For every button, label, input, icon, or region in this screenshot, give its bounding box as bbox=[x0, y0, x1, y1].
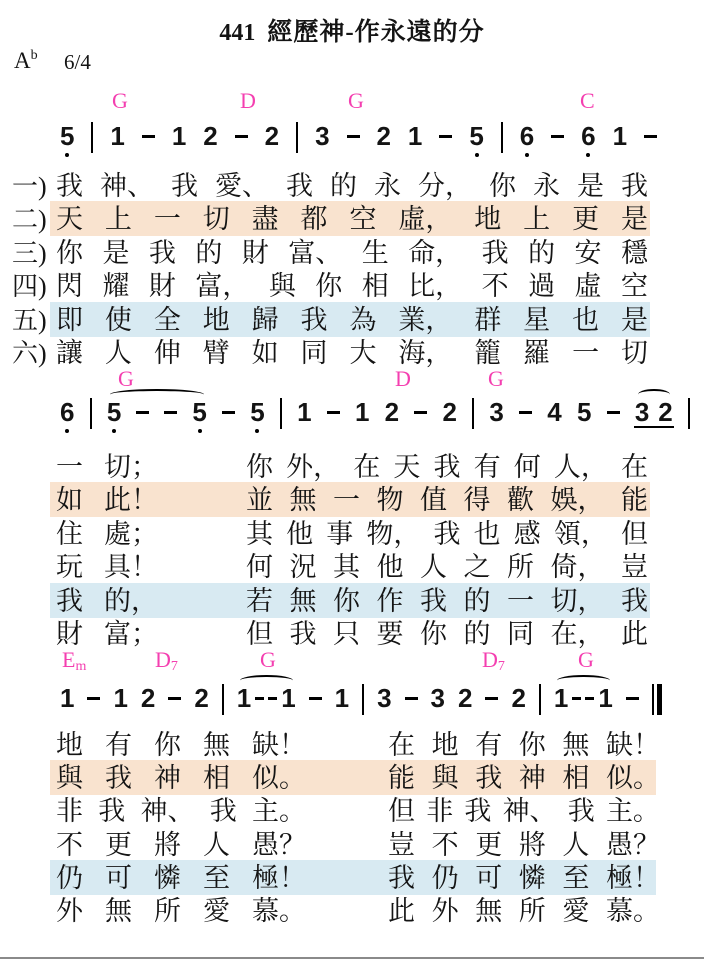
note-group: 11 bbox=[237, 684, 296, 721]
lyric-cell: 主。 bbox=[606, 795, 660, 828]
lyric-cell: 何 bbox=[246, 551, 273, 584]
lyric-cell: 神、 bbox=[503, 795, 557, 828]
lyric-cell: 也 bbox=[572, 304, 599, 337]
note-digit: 2 bbox=[385, 398, 399, 426]
lyric-group: 其他事物，我也感領，但 bbox=[246, 518, 648, 551]
barline bbox=[280, 398, 282, 429]
lyric-cell: 但 bbox=[621, 518, 648, 551]
eighth-underline bbox=[634, 426, 674, 428]
lyric-cell: 伸 bbox=[154, 337, 181, 370]
lyric-cell: 你 bbox=[489, 170, 516, 203]
lyric-cell: 要 bbox=[377, 618, 404, 651]
chord-label: Em bbox=[62, 647, 86, 675]
low-octave-dot bbox=[65, 429, 69, 433]
lyric-group: 即使全地歸我為業，群星也是 bbox=[56, 304, 648, 337]
lyric-cell: 業， bbox=[398, 304, 452, 337]
chord-label: C bbox=[580, 88, 595, 114]
lyric-cell: 財 bbox=[56, 618, 83, 651]
lyric-cell: 穩 bbox=[621, 237, 648, 270]
lyric-group: 與我神相似。 bbox=[56, 762, 306, 795]
lyric-cell: 其 bbox=[246, 518, 273, 551]
lyric-cell: 其 bbox=[333, 551, 360, 584]
note-digit: 1 bbox=[408, 122, 422, 150]
lyric-cell: 歸 bbox=[252, 304, 279, 337]
lyric-cell: 在 bbox=[621, 451, 648, 484]
lyric-cell: 我 bbox=[482, 237, 509, 270]
lyric-cell: 我 bbox=[56, 170, 83, 203]
lyric-cell: 切； bbox=[104, 451, 158, 484]
hymn-sheet: 441經歷神-作永遠的分 Ab 6/4 GDGC511223215661一)我神… bbox=[0, 0, 704, 961]
lyrics-row: 六)讓人伸臂如同大海，籠羅一切 bbox=[0, 337, 704, 370]
lyric-cell: 能 bbox=[621, 484, 648, 517]
lyric-group: 在地有你無缺！ bbox=[388, 729, 660, 762]
note-digit: 2 bbox=[203, 122, 217, 150]
lyric-cell: 能 bbox=[388, 762, 415, 795]
notation-row: 511223215661 bbox=[60, 122, 657, 164]
note-digit: 1 bbox=[281, 684, 295, 712]
lyric-cell: 更 bbox=[105, 829, 132, 862]
lyric-cell: 相 bbox=[362, 270, 389, 303]
duration-dash bbox=[222, 411, 235, 414]
note-digit: 5 bbox=[192, 398, 206, 426]
tie-arc bbox=[557, 675, 610, 686]
lyric-cell: 之 bbox=[464, 551, 491, 584]
lyric-cell: 富， bbox=[195, 270, 249, 303]
lyric-cell: 我 bbox=[464, 795, 491, 828]
final-barline-thick bbox=[657, 684, 662, 715]
lyric-cell: 你 bbox=[56, 237, 83, 270]
lyrics-row: 四)閃耀財富，與你相比，不過虛空 bbox=[0, 270, 704, 303]
lyric-cell: 一 bbox=[333, 484, 360, 517]
duration-dash bbox=[347, 135, 360, 138]
note: 1 bbox=[60, 684, 74, 721]
lyric-cell: 我 bbox=[475, 762, 502, 795]
note-digit: 1 bbox=[355, 398, 369, 426]
lyric-cell: 在 bbox=[353, 451, 380, 484]
lyric-cell: 使 bbox=[105, 304, 132, 337]
lyric-cell: 所 bbox=[507, 551, 534, 584]
note-digit: 5 bbox=[250, 398, 264, 426]
note-group: 55 bbox=[107, 398, 207, 435]
chord-root: G bbox=[112, 88, 128, 113]
lyric-cell: 更 bbox=[475, 829, 502, 862]
lyric-cell: 物， bbox=[366, 518, 420, 551]
note-digit: 3 bbox=[431, 684, 445, 712]
lyric-cell: 得 bbox=[464, 484, 491, 517]
barline bbox=[90, 398, 92, 429]
lyric-cell: 盡 bbox=[252, 203, 279, 236]
chord-root: G bbox=[348, 88, 364, 113]
lyric-cell: 地 bbox=[474, 203, 501, 236]
lyric-group: 天上一切盡都空虛，地上更是 bbox=[56, 203, 648, 236]
lyric-cell: 愛 bbox=[203, 895, 230, 928]
hymn-title-text: 經歷神-作永遠的分 bbox=[267, 19, 484, 46]
lyric-cell: 外， bbox=[286, 451, 340, 484]
lyric-cell: 人 bbox=[562, 829, 589, 862]
note: 5 bbox=[192, 398, 206, 435]
lyric-cell: 非 bbox=[426, 795, 453, 828]
lyric-cell: 主。 bbox=[252, 795, 306, 828]
lyric-cell: 如 bbox=[56, 484, 83, 517]
lyric-cell: 慕。 bbox=[606, 895, 660, 928]
barline bbox=[296, 122, 298, 153]
lyric-cell: 全 bbox=[154, 304, 181, 337]
lyric-cell: 愛、 bbox=[215, 170, 269, 203]
note: 1 bbox=[237, 684, 251, 721]
chord-subscript: 7 bbox=[498, 659, 505, 674]
lyric-cell: 同 bbox=[301, 337, 328, 370]
note: 5 bbox=[250, 398, 264, 435]
lyric-group: 我的， bbox=[56, 585, 158, 618]
lyric-cell: 至 bbox=[562, 862, 589, 895]
verse-marker: 四) bbox=[12, 270, 47, 303]
lyric-group: 住處； bbox=[56, 518, 158, 551]
lyric-cell: 至 bbox=[203, 862, 230, 895]
note-digit: 2 bbox=[141, 684, 155, 712]
lyric-group: 仍可憐至極！ bbox=[56, 862, 306, 895]
note-digit: 1 bbox=[113, 684, 127, 712]
low-octave-dot bbox=[65, 153, 69, 157]
lyric-cell: 此 bbox=[621, 618, 648, 651]
note-digit: 5 bbox=[60, 122, 74, 150]
low-octave-dot bbox=[525, 153, 529, 157]
lyric-cell: 羅 bbox=[523, 337, 550, 370]
lyric-cell: 我 bbox=[105, 762, 132, 795]
note: 5 bbox=[60, 122, 74, 159]
lyric-cell: 但 bbox=[388, 795, 415, 828]
lyric-cell: 虛 bbox=[575, 270, 602, 303]
lyric-cell: 與 bbox=[269, 270, 296, 303]
lyric-cell: 值 bbox=[420, 484, 447, 517]
barline bbox=[501, 122, 503, 153]
lyric-cell: 籠 bbox=[474, 337, 501, 370]
lyric-cell: 天 bbox=[393, 451, 420, 484]
lyric-group: 不更將人愚？ bbox=[56, 829, 306, 862]
duration-dash bbox=[268, 697, 277, 700]
lyric-cell: 的 bbox=[464, 618, 491, 651]
note-digit: 2 bbox=[194, 684, 208, 712]
lyrics-row: 三)你是我的財富、生命，我的安穩 bbox=[0, 237, 704, 270]
lyric-cell: 物 bbox=[377, 484, 404, 517]
lyric-cell: 為 bbox=[349, 304, 376, 337]
lyric-cell: 臂 bbox=[203, 337, 230, 370]
note: 2 bbox=[385, 398, 399, 435]
chord-label: D7 bbox=[155, 647, 178, 675]
lyric-cell: 地 bbox=[203, 304, 230, 337]
lyrics-row: 我的，若無你作我的一切，我 bbox=[0, 585, 704, 618]
lyric-cell: 天 bbox=[56, 203, 83, 236]
lyric-cell: 豈 bbox=[621, 551, 648, 584]
verse-marker: 三) bbox=[12, 237, 47, 270]
note-digit: 6 bbox=[60, 398, 74, 426]
lyric-cell: 玩 bbox=[56, 551, 83, 584]
lyric-cell: 空 bbox=[349, 203, 376, 236]
lyric-cell: 他 bbox=[377, 551, 404, 584]
lyric-cell: 的， bbox=[104, 585, 158, 618]
verse-marker: 六) bbox=[12, 337, 47, 370]
note: 1 bbox=[613, 122, 627, 159]
lyric-cell: 此！ bbox=[104, 484, 158, 517]
verse-marker: 五) bbox=[12, 304, 47, 337]
lyrics-row: 財富；但我只要你的同在，此 bbox=[0, 618, 704, 651]
lyric-cell: 相 bbox=[562, 762, 589, 795]
low-octave-dot bbox=[198, 429, 202, 433]
lyric-cell: 缺！ bbox=[606, 729, 660, 762]
time-signature: 6/4 bbox=[64, 50, 91, 75]
key-signature: Ab bbox=[14, 48, 38, 74]
lyric-cell: 生 bbox=[362, 237, 389, 270]
lyric-cell: 富； bbox=[104, 618, 158, 651]
lyric-cell: 更 bbox=[572, 203, 599, 236]
lyric-cell: 比， bbox=[408, 270, 462, 303]
lyric-cell: 分， bbox=[418, 170, 472, 203]
lyric-group: 財富； bbox=[56, 618, 158, 651]
note-group: 11 bbox=[554, 684, 613, 721]
barline bbox=[539, 684, 541, 715]
barline bbox=[362, 684, 364, 715]
note: 1 bbox=[355, 398, 369, 435]
lyric-cell: 你 bbox=[420, 618, 447, 651]
lyric-cell: 人 bbox=[203, 829, 230, 862]
lyric-cell: 的 bbox=[330, 170, 357, 203]
lyric-cell: 無 bbox=[562, 729, 589, 762]
lyric-group: 一切； bbox=[56, 451, 158, 484]
note: 1 bbox=[281, 684, 295, 721]
note-digit: 2 bbox=[443, 398, 457, 426]
lyric-cell: 此 bbox=[388, 895, 415, 928]
lyric-group: 你是我的財富、生命，我的安穩 bbox=[56, 237, 648, 270]
note-digit: 1 bbox=[613, 122, 627, 150]
note: 5 bbox=[469, 122, 483, 159]
lyric-group: 地有你無缺！ bbox=[56, 729, 306, 762]
lyric-cell: 只 bbox=[333, 618, 360, 651]
lyric-cell: 他 bbox=[286, 518, 313, 551]
note: 2 bbox=[141, 684, 155, 721]
lyric-group: 非我神、我主。 bbox=[56, 795, 306, 828]
lyric-cell: 我 bbox=[301, 304, 328, 337]
lyric-cell: 有 bbox=[105, 729, 132, 762]
lyric-cell: 在， bbox=[551, 618, 605, 651]
duration-dash bbox=[255, 697, 264, 700]
chord-label: D7 bbox=[482, 647, 505, 675]
lyric-cell: 神 bbox=[154, 762, 181, 795]
lyric-cell: 財 bbox=[242, 237, 269, 270]
note: 2 bbox=[203, 122, 217, 159]
lyric-cell: 娛， bbox=[551, 484, 605, 517]
low-octave-dot bbox=[475, 153, 479, 157]
flat-accidental: b bbox=[31, 48, 38, 63]
lyrics-row: 地有你無缺！在地有你無缺！ bbox=[0, 729, 704, 762]
lyric-cell: 我 bbox=[210, 795, 237, 828]
lyric-cell: 具！ bbox=[104, 551, 158, 584]
lyric-cell: 空 bbox=[621, 270, 648, 303]
lyric-cell: 感 bbox=[514, 518, 541, 551]
note: 1 bbox=[408, 122, 422, 159]
lyric-cell: 不 bbox=[432, 829, 459, 862]
note: 3 bbox=[431, 684, 445, 721]
lyric-cell: 是 bbox=[621, 203, 648, 236]
note: 3 bbox=[489, 398, 503, 435]
lyric-cell: 人 bbox=[105, 337, 132, 370]
note-digit: 2 bbox=[458, 684, 472, 712]
octave-dot-slot bbox=[255, 426, 259, 435]
lyric-cell: 神 bbox=[519, 762, 546, 795]
lyric-cell: 似。 bbox=[252, 762, 306, 795]
lyric-cell: 與 bbox=[56, 762, 83, 795]
lyric-cell: 切 bbox=[621, 337, 648, 370]
lyric-cell: 一 bbox=[572, 337, 599, 370]
low-octave-dot bbox=[586, 153, 590, 157]
lyrics-row: 五)即使全地歸我為業，群星也是 bbox=[0, 304, 704, 337]
lyrics-row: 與我神相似。能與我神相似。 bbox=[0, 762, 704, 795]
lyric-cell: 極！ bbox=[606, 862, 660, 895]
octave-dot-slot bbox=[198, 426, 202, 435]
chord-label: G bbox=[348, 88, 364, 114]
note: 2 bbox=[658, 398, 672, 435]
page-bottom-border bbox=[0, 957, 704, 959]
lyric-cell: 與 bbox=[432, 762, 459, 795]
lyric-cell: 所 bbox=[519, 895, 546, 928]
lyric-cell: 將 bbox=[519, 829, 546, 862]
note: 6 bbox=[581, 122, 595, 159]
lyric-group: 能與我神相似。 bbox=[388, 762, 660, 795]
note: 1 bbox=[554, 684, 568, 721]
octave-dot-slot bbox=[65, 426, 69, 435]
lyric-cell: 但 bbox=[246, 618, 273, 651]
lyric-cell: 並 bbox=[246, 484, 273, 517]
note: 6 bbox=[520, 122, 534, 159]
chord-subscript: 7 bbox=[171, 659, 178, 674]
lyric-cell: 無 bbox=[290, 484, 317, 517]
note-digit: 1 bbox=[60, 684, 74, 712]
lyric-group: 但非我神、我主。 bbox=[388, 795, 660, 828]
lyric-cell: 你 bbox=[246, 451, 273, 484]
lyric-cell: 外 bbox=[432, 895, 459, 928]
lyric-cell: 處； bbox=[104, 518, 158, 551]
duration-dash bbox=[585, 697, 594, 700]
note: 2 bbox=[443, 398, 457, 435]
lyric-cell: 有 bbox=[475, 729, 502, 762]
lyric-cell: 無 bbox=[290, 585, 317, 618]
lyric-cell: 所 bbox=[154, 895, 181, 928]
octave-dot-slot bbox=[586, 150, 590, 159]
lyric-cell: 一 bbox=[154, 203, 181, 236]
lyric-cell: 豈 bbox=[388, 829, 415, 862]
lyric-cell: 我 bbox=[434, 518, 461, 551]
note: 4 bbox=[547, 398, 561, 435]
lyric-cell: 閃 bbox=[56, 270, 83, 303]
lyric-cell: 將 bbox=[154, 829, 181, 862]
lyric-cell: 愛 bbox=[562, 895, 589, 928]
lyrics-row: 住處；其他事物，我也感領，但 bbox=[0, 518, 704, 551]
note: 3 bbox=[315, 122, 329, 159]
chord-label: D bbox=[240, 88, 256, 114]
lyric-cell: 憐 bbox=[519, 862, 546, 895]
note: 2 bbox=[265, 122, 279, 159]
lyric-cell: 歡 bbox=[507, 484, 534, 517]
lyric-cell: 在 bbox=[388, 729, 415, 762]
lyric-group: 何況其他人之所倚，豈 bbox=[246, 551, 648, 584]
lyric-cell: 愚？ bbox=[252, 829, 306, 862]
lyric-cell: 命， bbox=[408, 237, 462, 270]
lyric-cell: 你 bbox=[519, 729, 546, 762]
note: 2 bbox=[511, 684, 525, 721]
lyrics-row: 不更將人愚？豈不更將人愚？ bbox=[0, 829, 704, 862]
lyric-cell: 外 bbox=[56, 895, 83, 928]
lyric-cell: 似。 bbox=[606, 762, 660, 795]
chord-label: G bbox=[112, 88, 128, 114]
lyric-cell: 上 bbox=[105, 203, 132, 236]
duration-dash bbox=[626, 697, 639, 700]
verse-marker: 二) bbox=[12, 203, 47, 236]
lyric-cell: 星 bbox=[523, 304, 550, 337]
lyric-cell: 我 bbox=[434, 451, 461, 484]
note-digit: 1 bbox=[598, 684, 612, 712]
note-digit: 4 bbox=[547, 398, 561, 426]
note: 3 bbox=[635, 398, 649, 435]
duration-dash bbox=[607, 411, 620, 414]
lyric-cell: 可 bbox=[105, 862, 132, 895]
lyric-cell: 我 bbox=[286, 170, 313, 203]
lyrics-row: 外無所愛慕。此外無所愛慕。 bbox=[0, 895, 704, 928]
lyric-cell: 仍 bbox=[432, 862, 459, 895]
octave-dot-slot bbox=[525, 150, 529, 159]
lyrics-row: 一)我神、我愛、我的永分，你永是我 bbox=[0, 170, 704, 203]
lyric-group: 但我只要你的同在，此 bbox=[246, 618, 648, 651]
note: 5 bbox=[107, 398, 121, 435]
note: 2 bbox=[376, 122, 390, 159]
lyric-cell: 是 bbox=[577, 170, 604, 203]
note-digit: 1 bbox=[297, 398, 311, 426]
lyric-cell: 我 bbox=[149, 237, 176, 270]
note-digit: 5 bbox=[469, 122, 483, 150]
final-barline bbox=[652, 684, 662, 715]
page-title: 441經歷神-作永遠的分 bbox=[50, 12, 654, 48]
lyric-cell: 地 bbox=[56, 729, 83, 762]
lyric-cell: 我 bbox=[98, 795, 125, 828]
duration-dash bbox=[551, 135, 564, 138]
lyric-group: 玩具！ bbox=[56, 551, 158, 584]
lyric-cell: 作 bbox=[377, 585, 404, 618]
note: 5 bbox=[577, 398, 591, 435]
duration-dash bbox=[439, 135, 452, 138]
note: 1 bbox=[113, 684, 127, 721]
lyric-cell: 的 bbox=[195, 237, 222, 270]
hymn-number: 441 bbox=[219, 20, 255, 46]
lyric-cell: 人 bbox=[420, 551, 447, 584]
chord-subscript: m bbox=[75, 659, 86, 674]
note: 1 bbox=[172, 122, 186, 159]
note: 2 bbox=[458, 684, 472, 721]
lyric-cell: 愚？ bbox=[606, 829, 660, 862]
lyric-cell: 即 bbox=[56, 304, 83, 337]
duration-dash bbox=[572, 697, 581, 700]
lyric-cell: 切 bbox=[203, 203, 230, 236]
note-digit: 3 bbox=[315, 122, 329, 150]
lyric-cell: 你 bbox=[333, 585, 360, 618]
lyric-cell: 都 bbox=[301, 203, 328, 236]
lyric-cell: 極！ bbox=[252, 862, 306, 895]
barline bbox=[688, 398, 690, 429]
duration-dash bbox=[168, 697, 181, 700]
lyric-cell: 可 bbox=[475, 862, 502, 895]
note: 6 bbox=[60, 398, 74, 435]
chord-root: D bbox=[240, 88, 256, 113]
lyric-group: 豈不更將人愚？ bbox=[388, 829, 660, 862]
lyric-cell: 是 bbox=[621, 304, 648, 337]
lyric-group: 讓人伸臂如同大海，籠羅一切 bbox=[56, 337, 648, 370]
lyric-cell: 慕。 bbox=[252, 895, 306, 928]
